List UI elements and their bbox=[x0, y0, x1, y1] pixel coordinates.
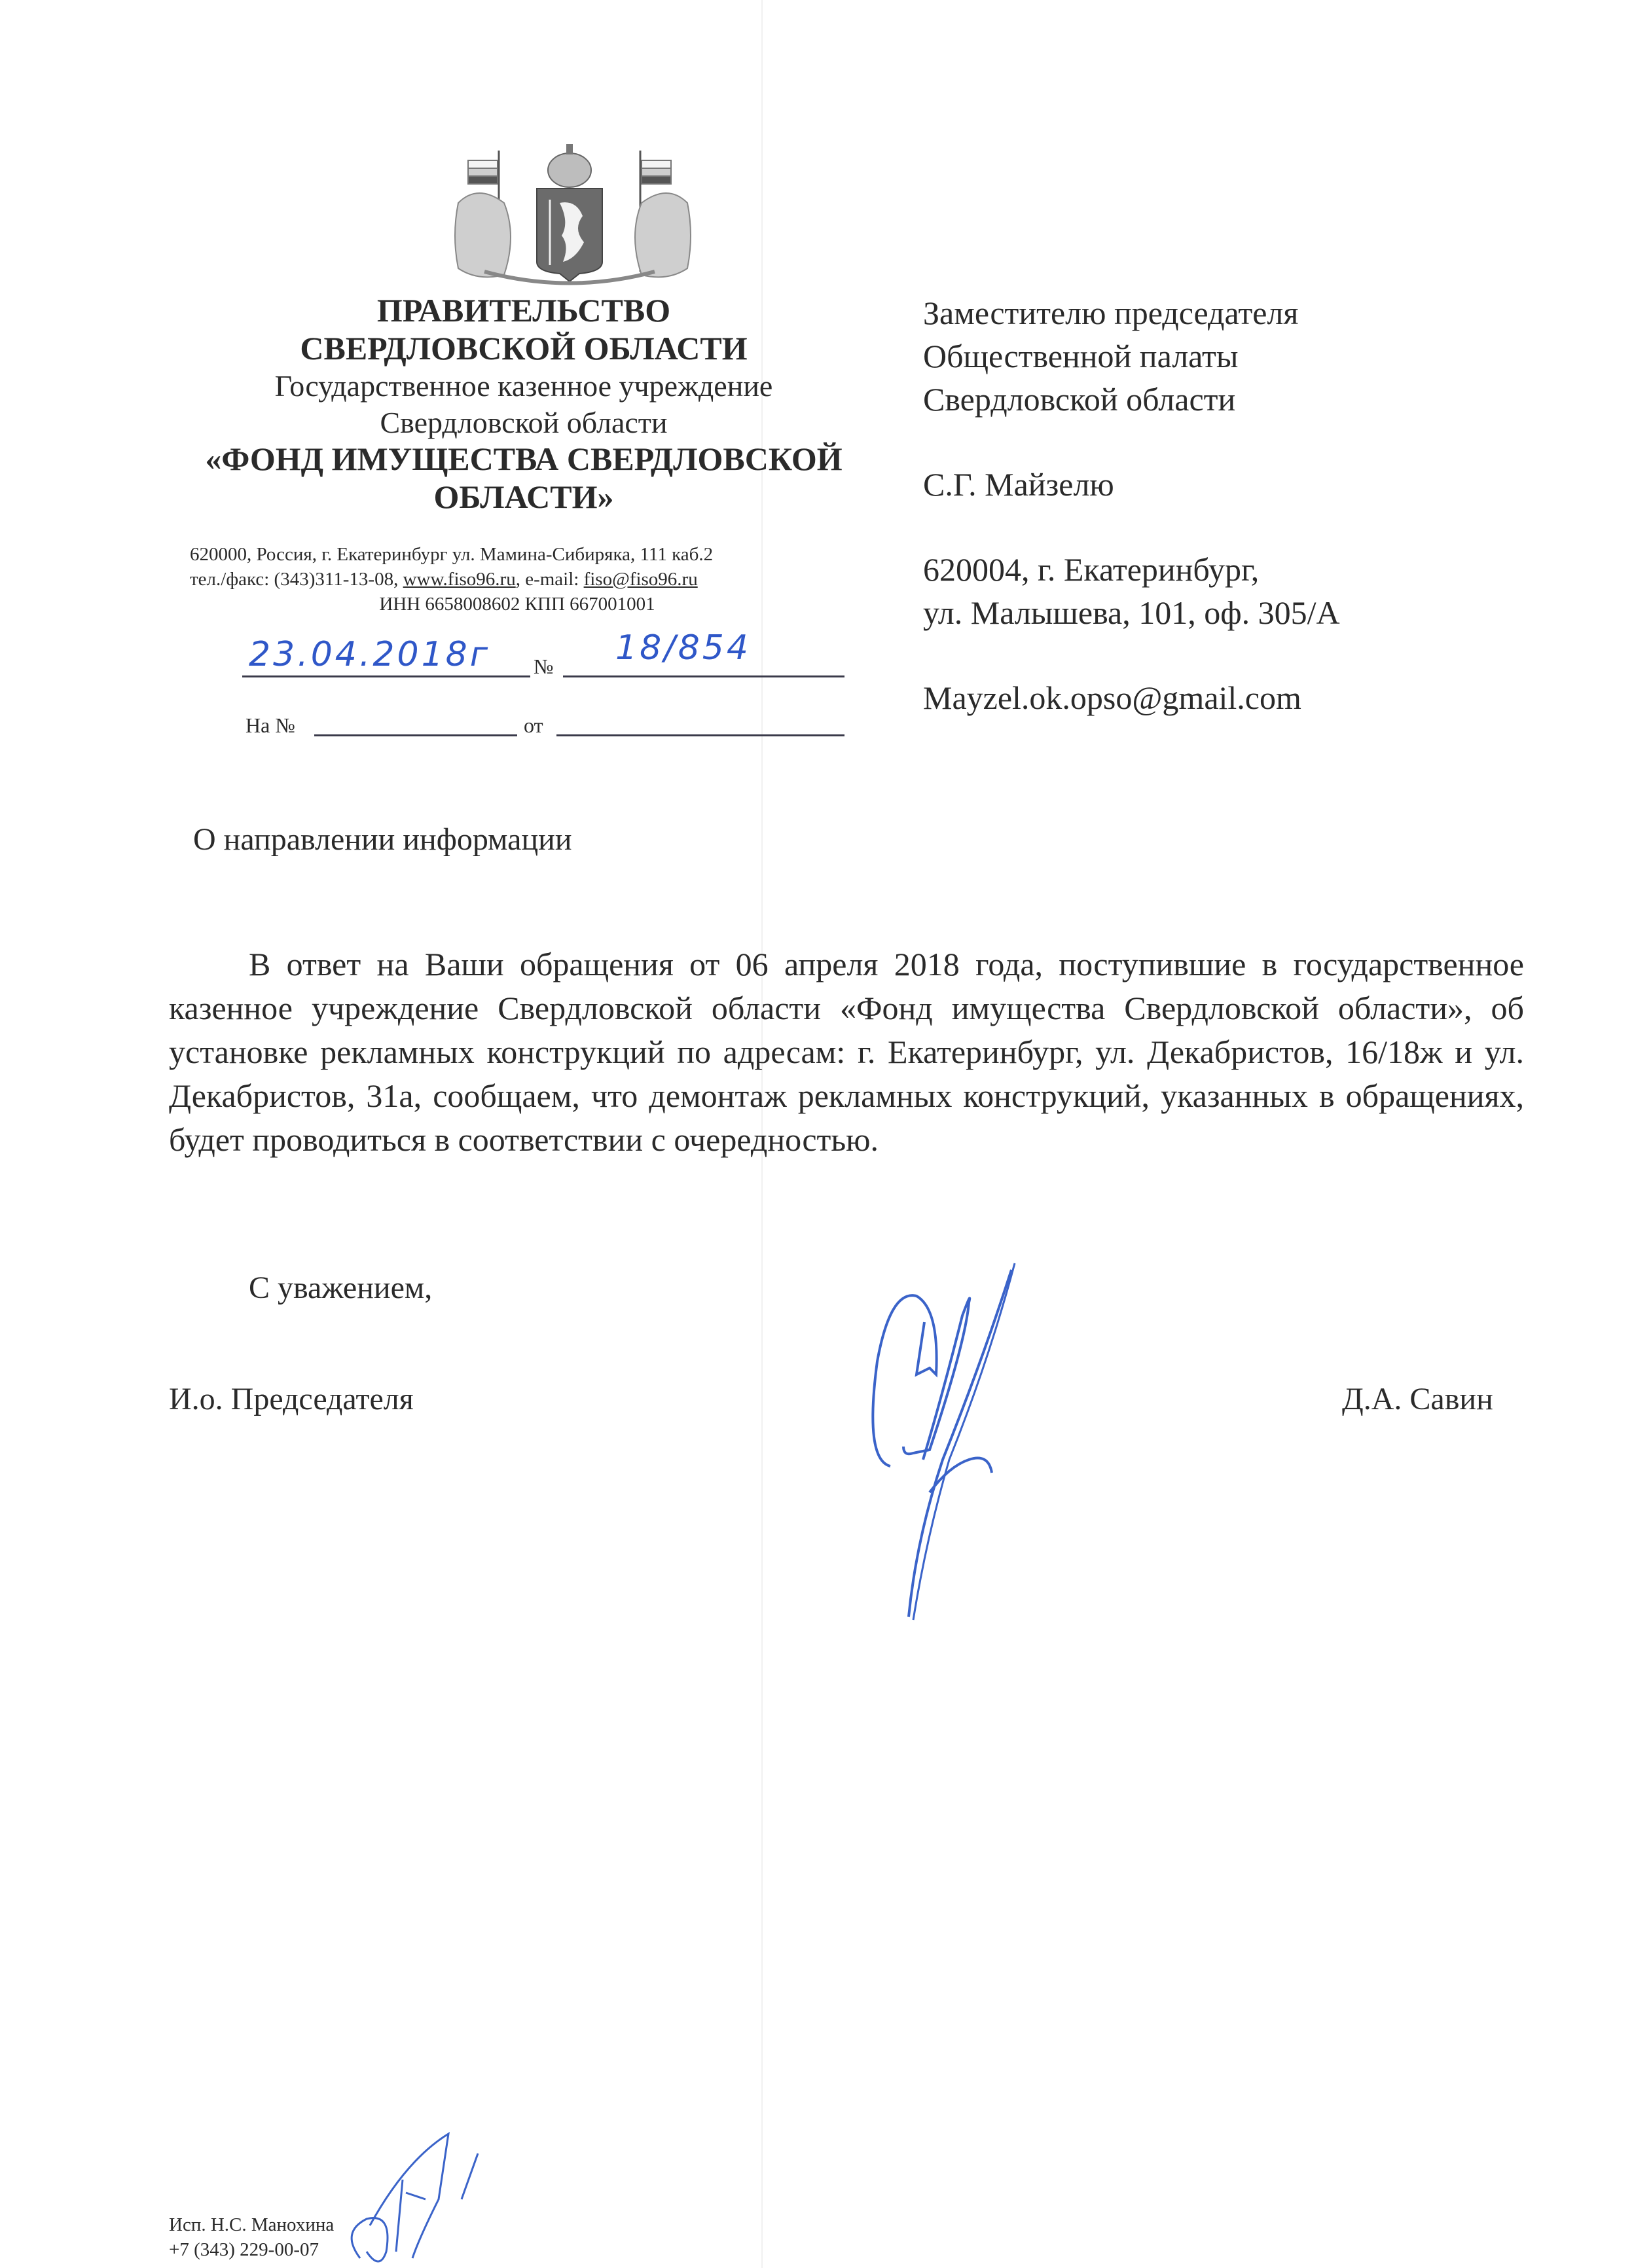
addressee-name: С.Г. Майзелю bbox=[923, 463, 1578, 506]
executor-signature bbox=[340, 2121, 498, 2268]
reply-to-label: На № bbox=[245, 713, 295, 738]
fund-line-1: «ФОНД ИМУЩЕСТВА СВЕРДЛОВСКОЙ bbox=[170, 440, 877, 478]
from-label: от bbox=[524, 713, 543, 738]
government-line-2: СВЕРДЛОВСКОЙ ОБЛАСТИ bbox=[170, 329, 877, 367]
addressee-email: Mayzel.ok.opso@gmail.com bbox=[923, 676, 1578, 719]
reply-to-field bbox=[314, 734, 517, 736]
addressee-position-1: Заместителю председателя bbox=[923, 291, 1578, 334]
institution-line-2: Свердловской области bbox=[170, 405, 877, 441]
addressee-position-2: Общественной палаты bbox=[923, 334, 1578, 378]
sender-phone: тел./факс: (343)311-13-08, bbox=[190, 569, 403, 590]
outgoing-number: 18/854 bbox=[615, 628, 751, 668]
sender-address: 620000, Россия, г. Екатеринбург ул. Мами… bbox=[190, 542, 844, 567]
registration-block: 23.04.2018г № 18/854 bbox=[242, 648, 844, 687]
government-title: ПРАВИТЕЛЬСТВО СВЕРДЛОВСКОЙ ОБЛАСТИ bbox=[170, 291, 877, 367]
reply-to-block: На № от bbox=[242, 707, 844, 746]
coat-of-arms-emblem bbox=[445, 137, 700, 295]
body-paragraph: В ответ на Ваши обращения от 06 апреля 2… bbox=[169, 943, 1524, 1162]
outgoing-date: 23.04.2018г bbox=[249, 635, 490, 674]
letter-body: В ответ на Ваши обращения от 06 апреля 2… bbox=[169, 943, 1524, 1162]
government-line-1: ПРАВИТЕЛЬСТВО bbox=[170, 291, 877, 329]
fund-line-2: ОБЛАСТИ» bbox=[170, 478, 877, 516]
signatory-position: И.о. Председателя bbox=[169, 1381, 414, 1417]
signatory-name: Д.А. Савин bbox=[1342, 1381, 1493, 1417]
fund-name: «ФОНД ИМУЩЕСТВА СВЕРДЛОВСКОЙ ОБЛАСТИ» bbox=[170, 440, 877, 516]
addressee-block: Заместителю председателя Общественной па… bbox=[923, 291, 1578, 719]
addressee-address-1: 620004, г. Екатеринбург, bbox=[923, 548, 1578, 591]
date-underline bbox=[242, 675, 530, 677]
sender-phone-line: тел./факс: (343)311-13-08, www.fiso96.ru… bbox=[190, 567, 844, 592]
executor-block: Исп. Н.С. Манохина +7 (343) 229-00-07 bbox=[169, 2212, 334, 2262]
sender-website-link[interactable]: www.fiso96.ru bbox=[403, 569, 516, 590]
handwritten-signature bbox=[851, 1263, 1061, 1633]
executor-name: Исп. Н.С. Манохина bbox=[169, 2212, 334, 2237]
number-underline bbox=[563, 675, 844, 677]
letterhead-contacts: 620000, Россия, г. Екатеринбург ул. Мами… bbox=[190, 542, 844, 617]
number-label: № bbox=[534, 655, 554, 679]
addressee-address-2: ул. Малышева, 101, оф. 305/А bbox=[923, 591, 1578, 634]
sender-tax-ids: ИНН 6658008602 КПП 667001001 bbox=[190, 592, 844, 617]
signature-icon bbox=[851, 1263, 1061, 1630]
executor-signature-icon bbox=[340, 2121, 498, 2268]
addressee-position-3: Свердловской области bbox=[923, 378, 1578, 421]
letter-subject: О направлении информации bbox=[193, 821, 572, 857]
institution-type: Государственное казенное учреждение Свер… bbox=[170, 368, 877, 441]
emblem-icon bbox=[445, 137, 700, 295]
institution-line-1: Государственное казенное учреждение bbox=[170, 368, 877, 405]
sender-email-link[interactable]: fiso@fiso96.ru bbox=[584, 569, 698, 590]
from-field bbox=[556, 734, 844, 736]
executor-phone: +7 (343) 229-00-07 bbox=[169, 2237, 334, 2262]
closing-regards: С уважением, bbox=[249, 1270, 432, 1306]
email-label: , e-mail: bbox=[516, 569, 584, 590]
